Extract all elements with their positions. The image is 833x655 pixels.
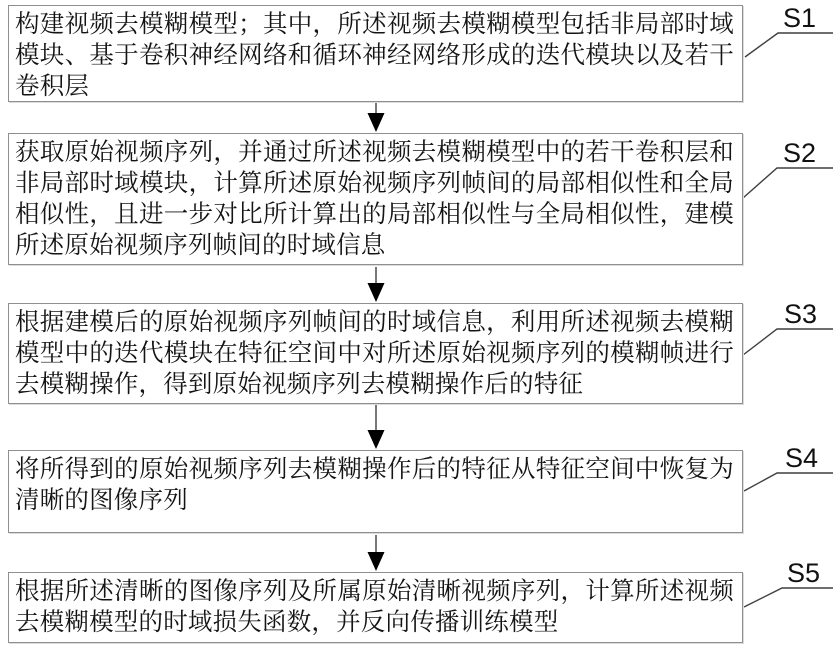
- step-text-s4: 将所得到的原始视频序列去模糊操作后的特征从特征空间中恢复为清晰的图像序列: [9, 451, 742, 516]
- step-text-s3: 根据建模后的原始视频序列帧间的时域信息，利用所述视频去模糊模型中的迭代模块在特征…: [9, 304, 742, 400]
- arrow-head-icon: [368, 430, 385, 449]
- step-label-s5: S5: [787, 559, 820, 588]
- step-label-s1: S1: [783, 4, 816, 33]
- leader-line-s2: [743, 168, 833, 198]
- step-box-s4: 将所得到的原始视频序列去模糊操作后的特征从特征空间中恢复为清晰的图像序列: [8, 450, 743, 533]
- step-label-s2: S2: [783, 139, 816, 168]
- arrow-head-icon: [368, 113, 385, 132]
- step-box-s3: 根据建模后的原始视频序列帧间的时域信息，利用所述视频去模糊模型中的迭代模块在特征…: [8, 303, 743, 404]
- flow-arrow-s4-s5: [368, 535, 385, 571]
- leader-line-s3: [743, 329, 833, 355]
- leader-line-s5: [744, 588, 833, 607]
- step-box-s2: 获取原始视频序列，并通过所述视频去模糊模型中的若干卷积层和非局部时域模块，计算所…: [8, 133, 743, 265]
- leader-line-s4: [744, 473, 833, 491]
- step-text-s1: 构建视频去模糊模型；其中，所述视频去模糊模型包括非局部时域模块、基于卷积神经网络…: [9, 6, 742, 102]
- flow-arrow-s1-s2: [368, 101, 385, 132]
- flowchart-canvas: 构建视频去模糊模型；其中，所述视频去模糊模型包括非局部时域模块、基于卷积神经网络…: [0, 0, 833, 655]
- step-box-s5: 根据所述清晰的图像序列及所属原始清晰视频序列，计算所述视频去模糊模型的时域损失函…: [8, 572, 743, 643]
- leader-line-s1: [745, 33, 833, 57]
- flow-arrow-s3-s4: [368, 405, 385, 449]
- step-box-s1: 构建视频去模糊模型；其中，所述视频去模糊模型包括非局部时域模块、基于卷积神经网络…: [8, 5, 743, 102]
- step-label-s4: S4: [785, 444, 818, 473]
- arrow-head-icon: [368, 552, 385, 571]
- flow-arrow-s2-s3: [368, 267, 385, 302]
- step-label-s3: S3: [784, 300, 817, 329]
- step-text-s5: 根据所述清晰的图像序列及所属原始清晰视频序列，计算所述视频去模糊模型的时域损失函…: [9, 573, 742, 638]
- step-text-s2: 获取原始视频序列，并通过所述视频去模糊模型中的若干卷积层和非局部时域模块，计算所…: [9, 134, 742, 261]
- arrow-head-icon: [368, 283, 385, 302]
